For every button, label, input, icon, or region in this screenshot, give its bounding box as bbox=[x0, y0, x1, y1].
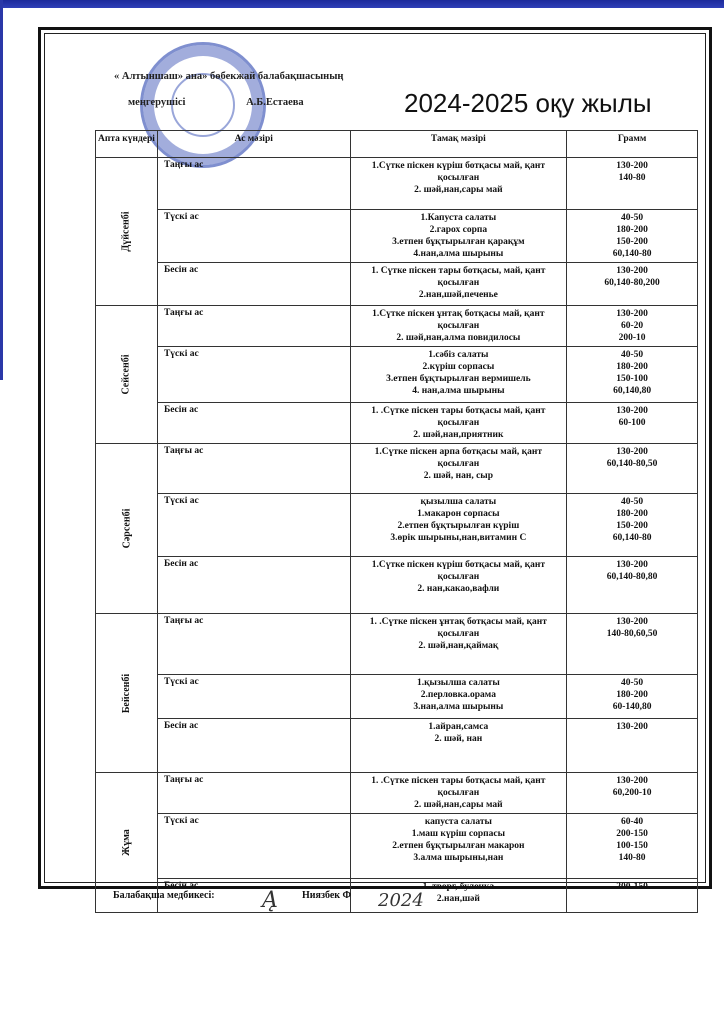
gram-value: 40-50 bbox=[571, 349, 693, 361]
meal-cell: Түскі ас bbox=[157, 494, 350, 557]
table-row: Түскі ас1.Капуста салаты2.гарох сорпа3.е… bbox=[96, 210, 698, 263]
gram-value: 130-200 bbox=[571, 775, 693, 787]
food-item: 1.қызылша салаты bbox=[355, 677, 563, 689]
food-item: 1. .Сүтке піскен тары ботқасы май, қант bbox=[355, 775, 563, 787]
gram-value: 140-80 bbox=[571, 852, 693, 864]
food-item: 3.етпен бұқтырылған қарақұм bbox=[355, 236, 563, 248]
gram-value: 100-150 bbox=[571, 840, 693, 852]
signature-year: 2024 bbox=[378, 890, 424, 911]
gram-value: 130-200 bbox=[571, 405, 693, 417]
food-cell: 1.Сүтке піскен күріш ботқасы май, қантқо… bbox=[350, 557, 567, 614]
table-row: Бесін ас1. .Сүтке піскен тары ботқасы ма… bbox=[96, 403, 698, 444]
gram-cell: 40-50180-200150-20060,140-80 bbox=[567, 494, 698, 557]
food-item: 2. шәй,нан,сары май bbox=[355, 184, 563, 196]
meal-cell: Түскі ас bbox=[157, 675, 350, 719]
food-cell: 1. .Сүтке піскен ұнтақ ботқасы май, қант… bbox=[350, 614, 567, 675]
gram-value: 200-10 bbox=[571, 332, 693, 344]
food-item: 2.перловка.орама bbox=[355, 689, 563, 701]
food-item: 1.сәбіз салаты bbox=[355, 349, 563, 361]
food-item: 1.Капуста салаты bbox=[355, 212, 563, 224]
table-row: Түскі ас1.қызылша салаты2.перловка.орама… bbox=[96, 675, 698, 719]
food-item: қосылған bbox=[355, 458, 563, 470]
meal-cell: Түскі ас bbox=[157, 210, 350, 263]
gram-cell: 60-40200-150100-150140-80 bbox=[567, 814, 698, 879]
food-cell: 1. .Сүтке піскен тары ботқасы май, қантқ… bbox=[350, 773, 567, 814]
gram-value: 130-200 bbox=[571, 265, 693, 277]
gram-cell: 40-50180-20060-140,80 bbox=[567, 675, 698, 719]
day-label: Жұма bbox=[121, 829, 132, 856]
table-row: Түскі аскапуста салаты1.маш күріш сорпас… bbox=[96, 814, 698, 879]
header-gram: Грамм bbox=[567, 131, 698, 158]
gram-cell: 130-20060-20200-10 bbox=[567, 306, 698, 347]
food-item: қосылған bbox=[355, 628, 563, 640]
food-cell: 1. .Сүтке піскен тары ботқасы май, қантқ… bbox=[350, 403, 567, 444]
gram-cell: 130-200140-80,60,50 bbox=[567, 614, 698, 675]
day-label: Дүйсенбі bbox=[121, 211, 132, 251]
table-row: ДүйсенбіТаңғы ас1.Сүтке піскен күріш бот… bbox=[96, 158, 698, 210]
food-item: 4. нан,алма шырыны bbox=[355, 385, 563, 397]
meal-cell: Таңғы ас bbox=[157, 306, 350, 347]
gram-value: 180-200 bbox=[571, 224, 693, 236]
food-cell: 1. Сүтке піскен тары ботқасы, май, қантқ… bbox=[350, 263, 567, 306]
food-cell: 1.Сүтке піскен арпа ботқасы май, қантқос… bbox=[350, 444, 567, 494]
table-row: СейсенбіТаңғы ас1.Сүтке піскен ұнтақ бот… bbox=[96, 306, 698, 347]
gram-cell: 130-200 bbox=[567, 719, 698, 773]
food-item: 2. шәй,нан,приятник bbox=[355, 429, 563, 441]
food-item: 1. Сүтке піскен тары ботқасы, май, қант bbox=[355, 265, 563, 277]
table-row: Түскі ас1.сәбіз салаты2.күріш сорпасы3.е… bbox=[96, 347, 698, 403]
director-line: меңгерушісі А.Б.Естаева bbox=[128, 97, 304, 108]
gram-value: 130-200 bbox=[571, 308, 693, 320]
gram-cell: 40-50180-200150-20060,140-80 bbox=[567, 210, 698, 263]
gram-value: 130-200 bbox=[571, 446, 693, 458]
food-item: 2. шәй,нан,алма повидилосы bbox=[355, 332, 563, 344]
food-cell: 1.қызылша салаты2.перловка.орама3.нан,ал… bbox=[350, 675, 567, 719]
day-label: Сәрсенбі bbox=[121, 509, 132, 549]
food-item: қосылған bbox=[355, 172, 563, 184]
food-item: 2.нан,шәй,печенье bbox=[355, 289, 563, 301]
food-item: 3.нан,алма шырыны bbox=[355, 701, 563, 713]
director-name: А.Б.Естаева bbox=[246, 97, 304, 108]
gram-value: 200-150 bbox=[571, 828, 693, 840]
meal-cell: Бесін ас bbox=[157, 263, 350, 306]
gram-value: 60,140-80 bbox=[571, 532, 693, 544]
food-item: 2.гарох сорпа bbox=[355, 224, 563, 236]
academic-year-title: 2024-2025 оқу жылы bbox=[404, 88, 652, 119]
header-food: Тамақ мәзірі bbox=[350, 131, 567, 158]
gram-value: 60,140,80 bbox=[571, 385, 693, 397]
gram-cell: 130-20060,140-80,200 bbox=[567, 263, 698, 306]
food-cell: капуста салаты1.маш күріш сорпасы2.етпен… bbox=[350, 814, 567, 879]
nurse-signature: Ą bbox=[262, 888, 278, 913]
food-item: 3.алма шырыны,нан bbox=[355, 852, 563, 864]
food-item: қызылша салаты bbox=[355, 496, 563, 508]
gram-value: 60-20 bbox=[571, 320, 693, 332]
scan-edge-top bbox=[0, 0, 724, 8]
food-item: қосылған bbox=[355, 320, 563, 332]
table-row: Бесін ас1. Сүтке піскен тары ботқасы, ма… bbox=[96, 263, 698, 306]
footer: Балабақша медбикесі: Ниязбек Ф bbox=[113, 890, 215, 901]
gram-value: 130-200 bbox=[571, 721, 693, 733]
food-item: 2. шәй,нан,қаймақ bbox=[355, 640, 563, 652]
header-meal: Ас мәзірі bbox=[157, 131, 350, 158]
food-item: 1. .Сүтке піскен тары ботқасы май, қант bbox=[355, 405, 563, 417]
meal-cell: Таңғы ас bbox=[157, 444, 350, 494]
gram-cell: 200-150 bbox=[567, 879, 698, 913]
food-item: 2. нан,какао,вафли bbox=[355, 583, 563, 595]
gram-value: 60-140,80 bbox=[571, 701, 693, 713]
food-item: 2.етпен бұқтырылған макарон bbox=[355, 840, 563, 852]
food-item: капуста салаты bbox=[355, 816, 563, 828]
food-item: 1. .Сүтке піскен ұнтақ ботқасы май, қант bbox=[355, 616, 563, 628]
meal-cell: Таңғы ас bbox=[157, 614, 350, 675]
gram-value: 60,140-80,80 bbox=[571, 571, 693, 583]
gram-value: 130-200 bbox=[571, 559, 693, 571]
food-item: 3.өрік шырыны,нан,витамин С bbox=[355, 532, 563, 544]
gram-value: 180-200 bbox=[571, 689, 693, 701]
menu-body: ДүйсенбіТаңғы ас1.Сүтке піскен күріш бот… bbox=[96, 158, 698, 913]
gram-cell: 40-50180-200150-10060,140,80 bbox=[567, 347, 698, 403]
table-row: ЖұмаТаңғы ас1. .Сүтке піскен тары ботқас… bbox=[96, 773, 698, 814]
gram-value: 60,140-80,200 bbox=[571, 277, 693, 289]
meal-cell: Таңғы ас bbox=[157, 158, 350, 210]
food-item: 1.Сүтке піскен ұнтақ ботқасы май, қант bbox=[355, 308, 563, 320]
gram-value: 60,140-80,50 bbox=[571, 458, 693, 470]
nurse-label: Балабақша медбикесі: bbox=[113, 890, 215, 901]
header-day: Апта күндері bbox=[96, 131, 158, 158]
gram-value: 150-100 bbox=[571, 373, 693, 385]
food-item: 3.етпен бұқтырылған вермишель bbox=[355, 373, 563, 385]
gram-value: 130-200 bbox=[571, 160, 693, 172]
gram-value: 60,200-10 bbox=[571, 787, 693, 799]
director-label: меңгерушісі bbox=[128, 97, 185, 108]
table-row: БейсенбіТаңғы ас1. .Сүтке піскен ұнтақ б… bbox=[96, 614, 698, 675]
food-cell: қызылша салаты1.макарон сорпасы2.етпен б… bbox=[350, 494, 567, 557]
meal-cell: Таңғы ас bbox=[157, 773, 350, 814]
gram-value: 140-80,60,50 bbox=[571, 628, 693, 640]
kindergarten-name: « Алтыншаш» ана» бөбекжай балабақшасының bbox=[114, 71, 343, 82]
gram-value: 200-150 bbox=[571, 881, 693, 893]
gram-cell: 130-20060-100 bbox=[567, 403, 698, 444]
table-row: СәрсенбіТаңғы ас1.Сүтке піскен арпа ботқ… bbox=[96, 444, 698, 494]
day-label: Бейсенбі bbox=[121, 673, 132, 712]
food-item: 1.Сүтке піскен күріш ботқасы май, қант bbox=[355, 160, 563, 172]
food-item: қосылған bbox=[355, 417, 563, 429]
day-cell: Дүйсенбі bbox=[96, 158, 158, 306]
food-item: 2. шәй, нан, сыр bbox=[355, 470, 563, 482]
weekly-menu-table: Апта күндері Ас мәзірі Тамақ мәзірі Грам… bbox=[95, 130, 698, 913]
gram-cell: 130-20060,140-80,80 bbox=[567, 557, 698, 614]
food-item: 1.макарон сорпасы bbox=[355, 508, 563, 520]
day-cell: Сәрсенбі bbox=[96, 444, 158, 614]
gram-value: 180-200 bbox=[571, 508, 693, 520]
food-item: 2.етпен бұқтырылған күріш bbox=[355, 520, 563, 532]
day-label: Сейсенбі bbox=[121, 354, 132, 394]
food-item: 1.айран,самса bbox=[355, 721, 563, 733]
gram-value: 140-80 bbox=[571, 172, 693, 184]
gram-value: 40-50 bbox=[571, 496, 693, 508]
meal-cell: Түскі ас bbox=[157, 347, 350, 403]
gram-value: 40-50 bbox=[571, 212, 693, 224]
scan-edge-left bbox=[0, 0, 3, 380]
nurse-name: Ниязбек Ф bbox=[302, 890, 351, 901]
gram-cell: 130-20060,200-10 bbox=[567, 773, 698, 814]
day-cell: Сейсенбі bbox=[96, 306, 158, 444]
gram-value: 40-50 bbox=[571, 677, 693, 689]
gram-cell: 130-200140-80 bbox=[567, 158, 698, 210]
meal-cell: Бесін ас bbox=[157, 719, 350, 773]
food-item: 2. шәй,нан,сары май bbox=[355, 799, 563, 811]
food-item: 2. шәй, нан bbox=[355, 733, 563, 745]
meal-cell: Түскі ас bbox=[157, 814, 350, 879]
food-item: 4.нан,алма шырыны bbox=[355, 248, 563, 260]
table-row: Бесін ас1.Сүтке піскен күріш ботқасы май… bbox=[96, 557, 698, 614]
food-item: 1.маш күріш сорпасы bbox=[355, 828, 563, 840]
meal-cell: Бесін ас bbox=[157, 557, 350, 614]
gram-value: 150-200 bbox=[571, 236, 693, 248]
gram-value: 130-200 bbox=[571, 616, 693, 628]
food-cell: 1.сәбіз салаты2.күріш сорпасы3.етпен бұқ… bbox=[350, 347, 567, 403]
gram-value: 180-200 bbox=[571, 361, 693, 373]
gram-value: 60,140-80 bbox=[571, 248, 693, 260]
gram-value: 60-40 bbox=[571, 816, 693, 828]
food-cell: 1.айран,самса2. шәй, нан bbox=[350, 719, 567, 773]
food-item: қосылған bbox=[355, 787, 563, 799]
food-cell: 1.Капуста салаты2.гарох сорпа3.етпен бұқ… bbox=[350, 210, 567, 263]
gram-value: 60-100 bbox=[571, 417, 693, 429]
gram-cell: 130-20060,140-80,50 bbox=[567, 444, 698, 494]
food-cell: 1.Сүтке піскен ұнтақ ботқасы май, қантқо… bbox=[350, 306, 567, 347]
table-row: Бесін ас1.айран,самса2. шәй, нан130-200 bbox=[96, 719, 698, 773]
table-header-row: Апта күндері Ас мәзірі Тамақ мәзірі Грам… bbox=[96, 131, 698, 158]
food-item: 2.күріш сорпасы bbox=[355, 361, 563, 373]
food-item: қосылған bbox=[355, 571, 563, 583]
food-item: қосылған bbox=[355, 277, 563, 289]
meal-cell: Бесін ас bbox=[157, 403, 350, 444]
food-cell: 1.Сүтке піскен күріш ботқасы май, қантқо… bbox=[350, 158, 567, 210]
gram-value: 150-200 bbox=[571, 520, 693, 532]
day-cell: Бейсенбі bbox=[96, 614, 158, 773]
food-item: 1.Сүтке піскен арпа ботқасы май, қант bbox=[355, 446, 563, 458]
table-row: Түскі асқызылша салаты1.макарон сорпасы2… bbox=[96, 494, 698, 557]
food-item: 1.Сүтке піскен күріш ботқасы май, қант bbox=[355, 559, 563, 571]
